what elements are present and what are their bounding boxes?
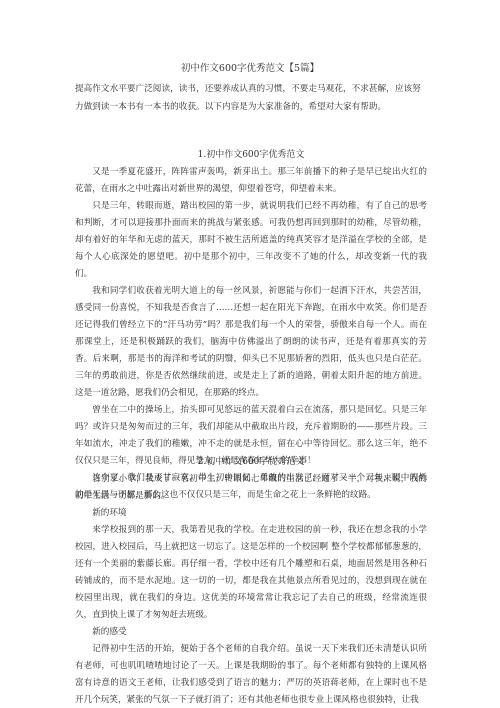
document-page: 初中作文600字优秀范文【5篇】 提高作文水平要广泛阅读，读书，还要养成认真的习… — [0, 0, 500, 708]
subheading: 新的感受 — [75, 624, 427, 641]
intro-paragraph: 提高作文水平要广泛阅读，读书，还要养成认真的习惯，不要走马观花，不求甚解，应该努… — [75, 81, 427, 116]
document-title: 初中作文600字优秀范文【5篇】 — [0, 62, 500, 76]
paragraph: 告别了小学，我成了一名初中生。转眼间七年级的生活已经过了一半，对我来说，我的初中… — [75, 471, 427, 505]
subheading: 新的环境 — [75, 505, 427, 522]
paragraph: 只是三年，转眼而逝，踏出校园的第一步，就说明我们已经不再幼稚，有了自己的思考和判… — [75, 198, 427, 283]
essay-section-1: 1.初中作文600字优秀范文 又是一季夏花盛开，阵阵雷声轰鸣，新芽出土。那三年前… — [75, 147, 427, 504]
paragraph: 来学校报到的那一天，我第看见我的学校。在走进校园的前一秒，我还在想念我的小学校园… — [75, 522, 427, 624]
paragraph: 又是一季夏花盛开，阵阵雷声轰鸣，新芽出土。那三年前播下的种子是早已绽出火红的花蕾… — [75, 164, 427, 198]
section-heading: 2.初中作文600字优秀范文 — [75, 454, 427, 471]
essay-section-2: 2.初中作文600字优秀范文 告别了小学，我成了一名初中生。转眼间七年级的生活已… — [75, 454, 427, 708]
paragraph: 我和同学们收获着光明大道上的每一丝风景，祈愿能与你们一起洒下汗水，共尝苦泪，感受… — [75, 283, 427, 402]
section-heading: 1.初中作文600字优秀范文 — [75, 147, 427, 164]
paragraph: 记得初中生活的开始，便始于各个老师的自我介绍。虽说一天下来我们还未清楚认识所有老… — [75, 641, 427, 708]
